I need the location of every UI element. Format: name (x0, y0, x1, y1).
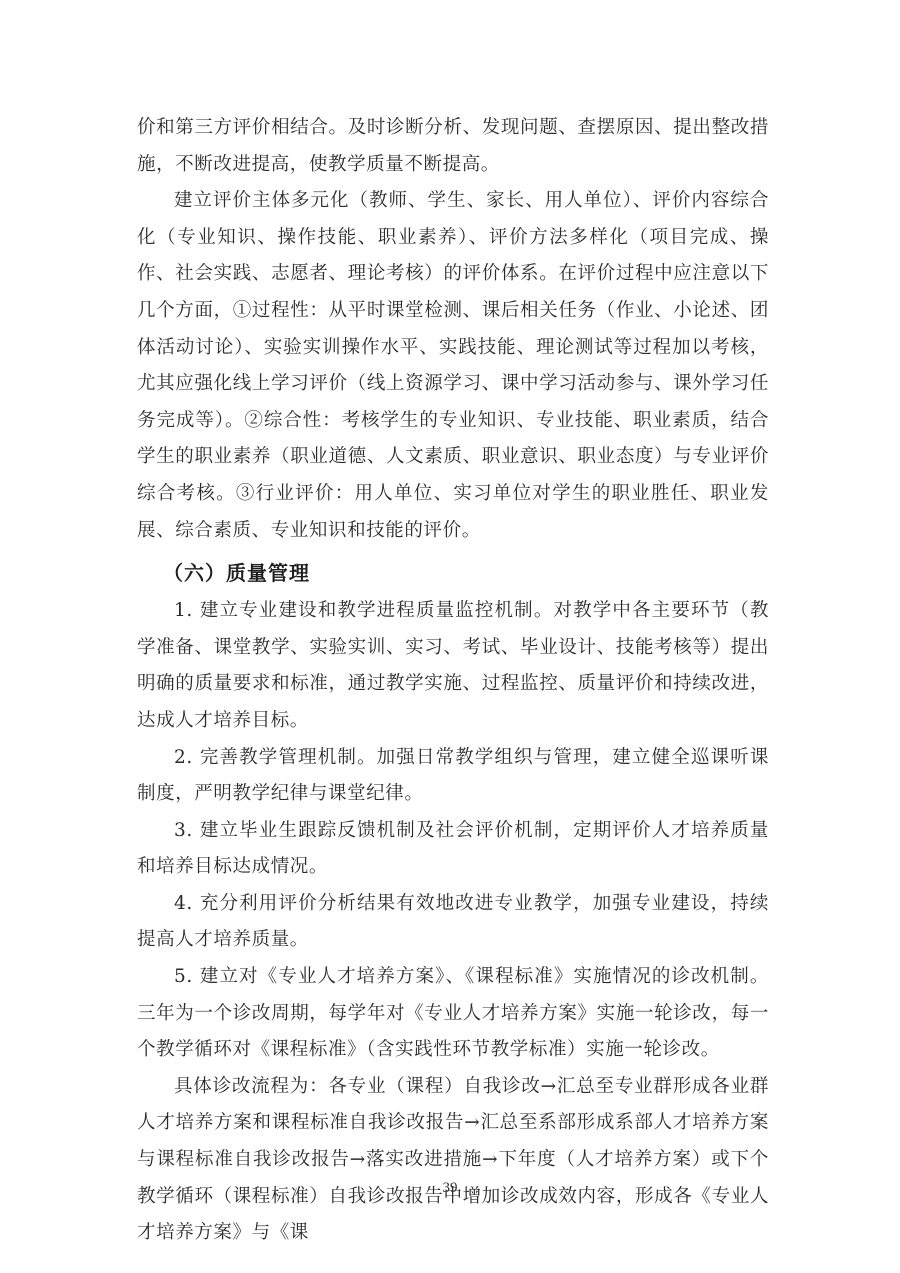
document-page-body: 价和第三方评价相结合。及时诊断分析、发现问题、查摆原因、提出整改措施，不断改进提… (137, 110, 769, 1252)
paragraph-item-2: 2. 完善教学管理机制。加强日常教学组织与管理，建立健全巡课听课制度，严明教学纪… (137, 740, 769, 813)
paragraph-item-1: 1. 建立专业建设和教学进程质量监控机制。对教学中各主要环节（教学准备、课堂教学… (137, 593, 769, 739)
paragraph-item-4: 4. 充分利用评价分析结果有效地改进专业教学，加强专业建设，持续提高人才培养质量… (137, 886, 769, 959)
paragraph-continued: 价和第三方评价相结合。及时诊断分析、发现问题、查摆原因、提出整改措施，不断改进提… (137, 110, 769, 183)
paragraph-item-5: 5. 建立对《专业人才培养方案》、《课程标准》实施情况的诊改机制。三年为一个诊改… (137, 959, 769, 1069)
paragraph-item-3: 3. 建立毕业生跟踪反馈机制及社会评价机制，定期评价人才培养质量和培养目标达成情… (137, 813, 769, 886)
paragraph-evaluation-system: 建立评价主体多元化（教师、学生、家长、用人单位）、评价内容综合化（专业知识、操作… (137, 183, 769, 549)
section-heading-quality-management: （六）质量管理 (137, 553, 769, 593)
page-number: 39 (0, 1180, 900, 1197)
paragraph-diagnosis-process: 具体诊改流程为：各专业（课程）自我诊改→汇总至专业群形成各业群人才培养方案和课程… (137, 1069, 769, 1252)
